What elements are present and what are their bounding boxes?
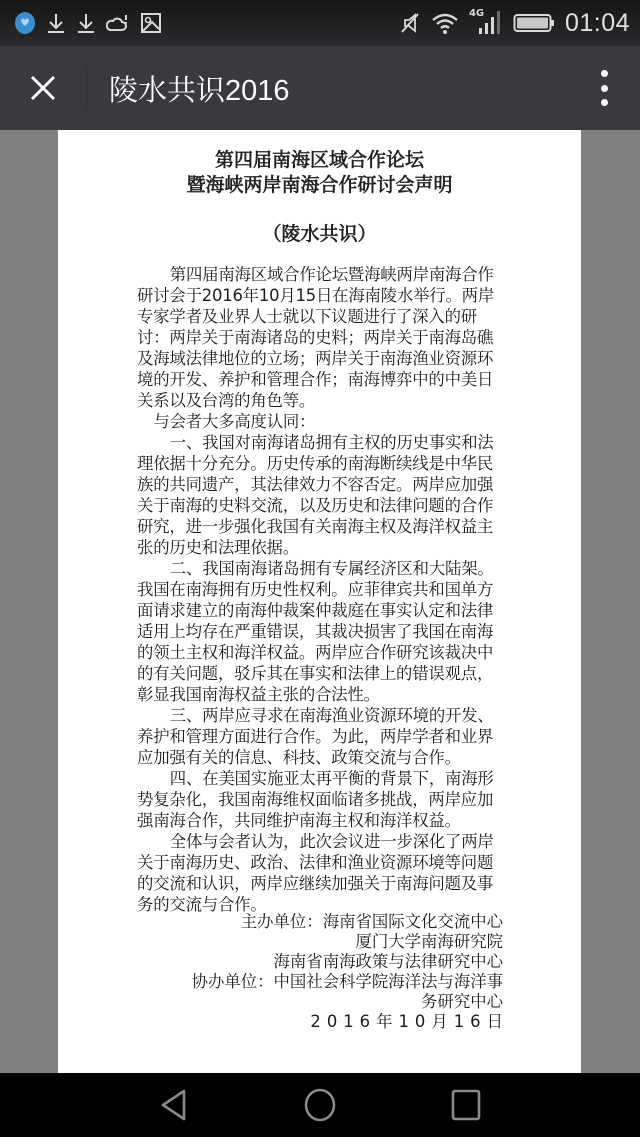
clock: 01:04 — [565, 9, 630, 38]
more-options-button[interactable] — [594, 66, 614, 110]
paragraph-point-1: 一、我国对南海诸岛拥有主权的历史事实和法理依据十分充分。历史传承的南海断续线是中… — [137, 432, 507, 558]
wifi-icon — [431, 11, 459, 35]
download-icon — [76, 12, 96, 34]
recents-icon — [450, 1088, 482, 1122]
page-title: 陵水共识2016 — [109, 68, 290, 109]
status-bar-system: 4G 01:04 — [399, 8, 630, 38]
document-subtitle: （陵水共识） — [58, 222, 581, 247]
co-host-line-1: 协办单位：中国社会科学院海洋法与海洋事 — [103, 972, 503, 992]
health-app-icon — [14, 11, 36, 35]
host-line-3: 海南省南海政策与法律研究中心 — [103, 952, 503, 972]
document-title: 第四届南海区域合作论坛 暨海峡两岸南海合作研讨会声明 — [58, 148, 581, 198]
home-button[interactable] — [302, 1087, 338, 1123]
status-bar: 4G 01:04 — [0, 0, 640, 46]
status-bar-notifications — [14, 11, 162, 35]
close-button[interactable] — [0, 46, 86, 130]
paragraph-consensus-lead: 与会者大多高度认同： — [137, 411, 507, 432]
paragraph-intro: 第四届南海区域合作论坛暨海峡两岸南海合作研讨会于2016年10月15日在海南陵水… — [137, 264, 507, 411]
signal-4g-icon: 4G — [469, 8, 503, 38]
co-host-line-2: 务研究中心 — [103, 992, 503, 1012]
system-nav-bar — [0, 1073, 640, 1137]
document-date: 2016年10月16日 — [103, 1012, 509, 1032]
document-image: 第四届南海区域合作论坛 暨海峡两岸南海合作研讨会声明 （陵水共识） 第四届南海区… — [58, 130, 581, 1073]
more-vert-icon — [601, 70, 608, 77]
weather-alert-icon — [106, 12, 130, 34]
document-body: 第四届南海区域合作论坛暨海峡两岸南海合作研讨会于2016年10月15日在海南陵水… — [137, 264, 507, 915]
signature-block: 主办单位：海南省国际文化交流中心 厦门大学南海研究院 海南省南海政策与法律研究中… — [103, 912, 503, 1032]
image-icon — [140, 12, 162, 34]
host-line-2: 厦门大学南海研究院 — [103, 932, 503, 952]
app-bar-divider — [86, 66, 87, 110]
back-button[interactable] — [156, 1087, 192, 1123]
paragraph-point-2: 二、我国南海诸岛拥有专属经济区和大陆架。我国在南海拥有历史性权利。应菲律宾共和国… — [137, 558, 507, 705]
battery-icon — [513, 13, 555, 33]
home-icon — [303, 1088, 337, 1122]
recents-button[interactable] — [448, 1087, 484, 1123]
download-icon — [46, 12, 66, 34]
close-icon — [29, 74, 57, 102]
paragraph-conclusion: 全体与会者认为，此次会议进一步深化了两岸关于南海历史、政治、法律和渔业资源环境等… — [137, 831, 507, 915]
paragraph-point-3: 三、两岸应寻求在南海渔业资源环境的开发、养护和管理方面进行合作。为此，两岸学者和… — [137, 705, 507, 768]
paragraph-point-4: 四、在美国实施亚太再平衡的背景下，南海形势复杂化，我国南海维权面临诸多挑战，两岸… — [137, 768, 507, 831]
host-line-1: 主办单位：海南省国际文化交流中心 — [103, 912, 503, 932]
content-viewport[interactable]: 第四届南海区域合作论坛 暨海峡两岸南海合作研讨会声明 （陵水共识） 第四届南海区… — [0, 130, 640, 1073]
back-icon — [159, 1088, 189, 1122]
app-bar: 陵水共识2016 — [0, 46, 640, 130]
mute-icon — [399, 11, 421, 35]
